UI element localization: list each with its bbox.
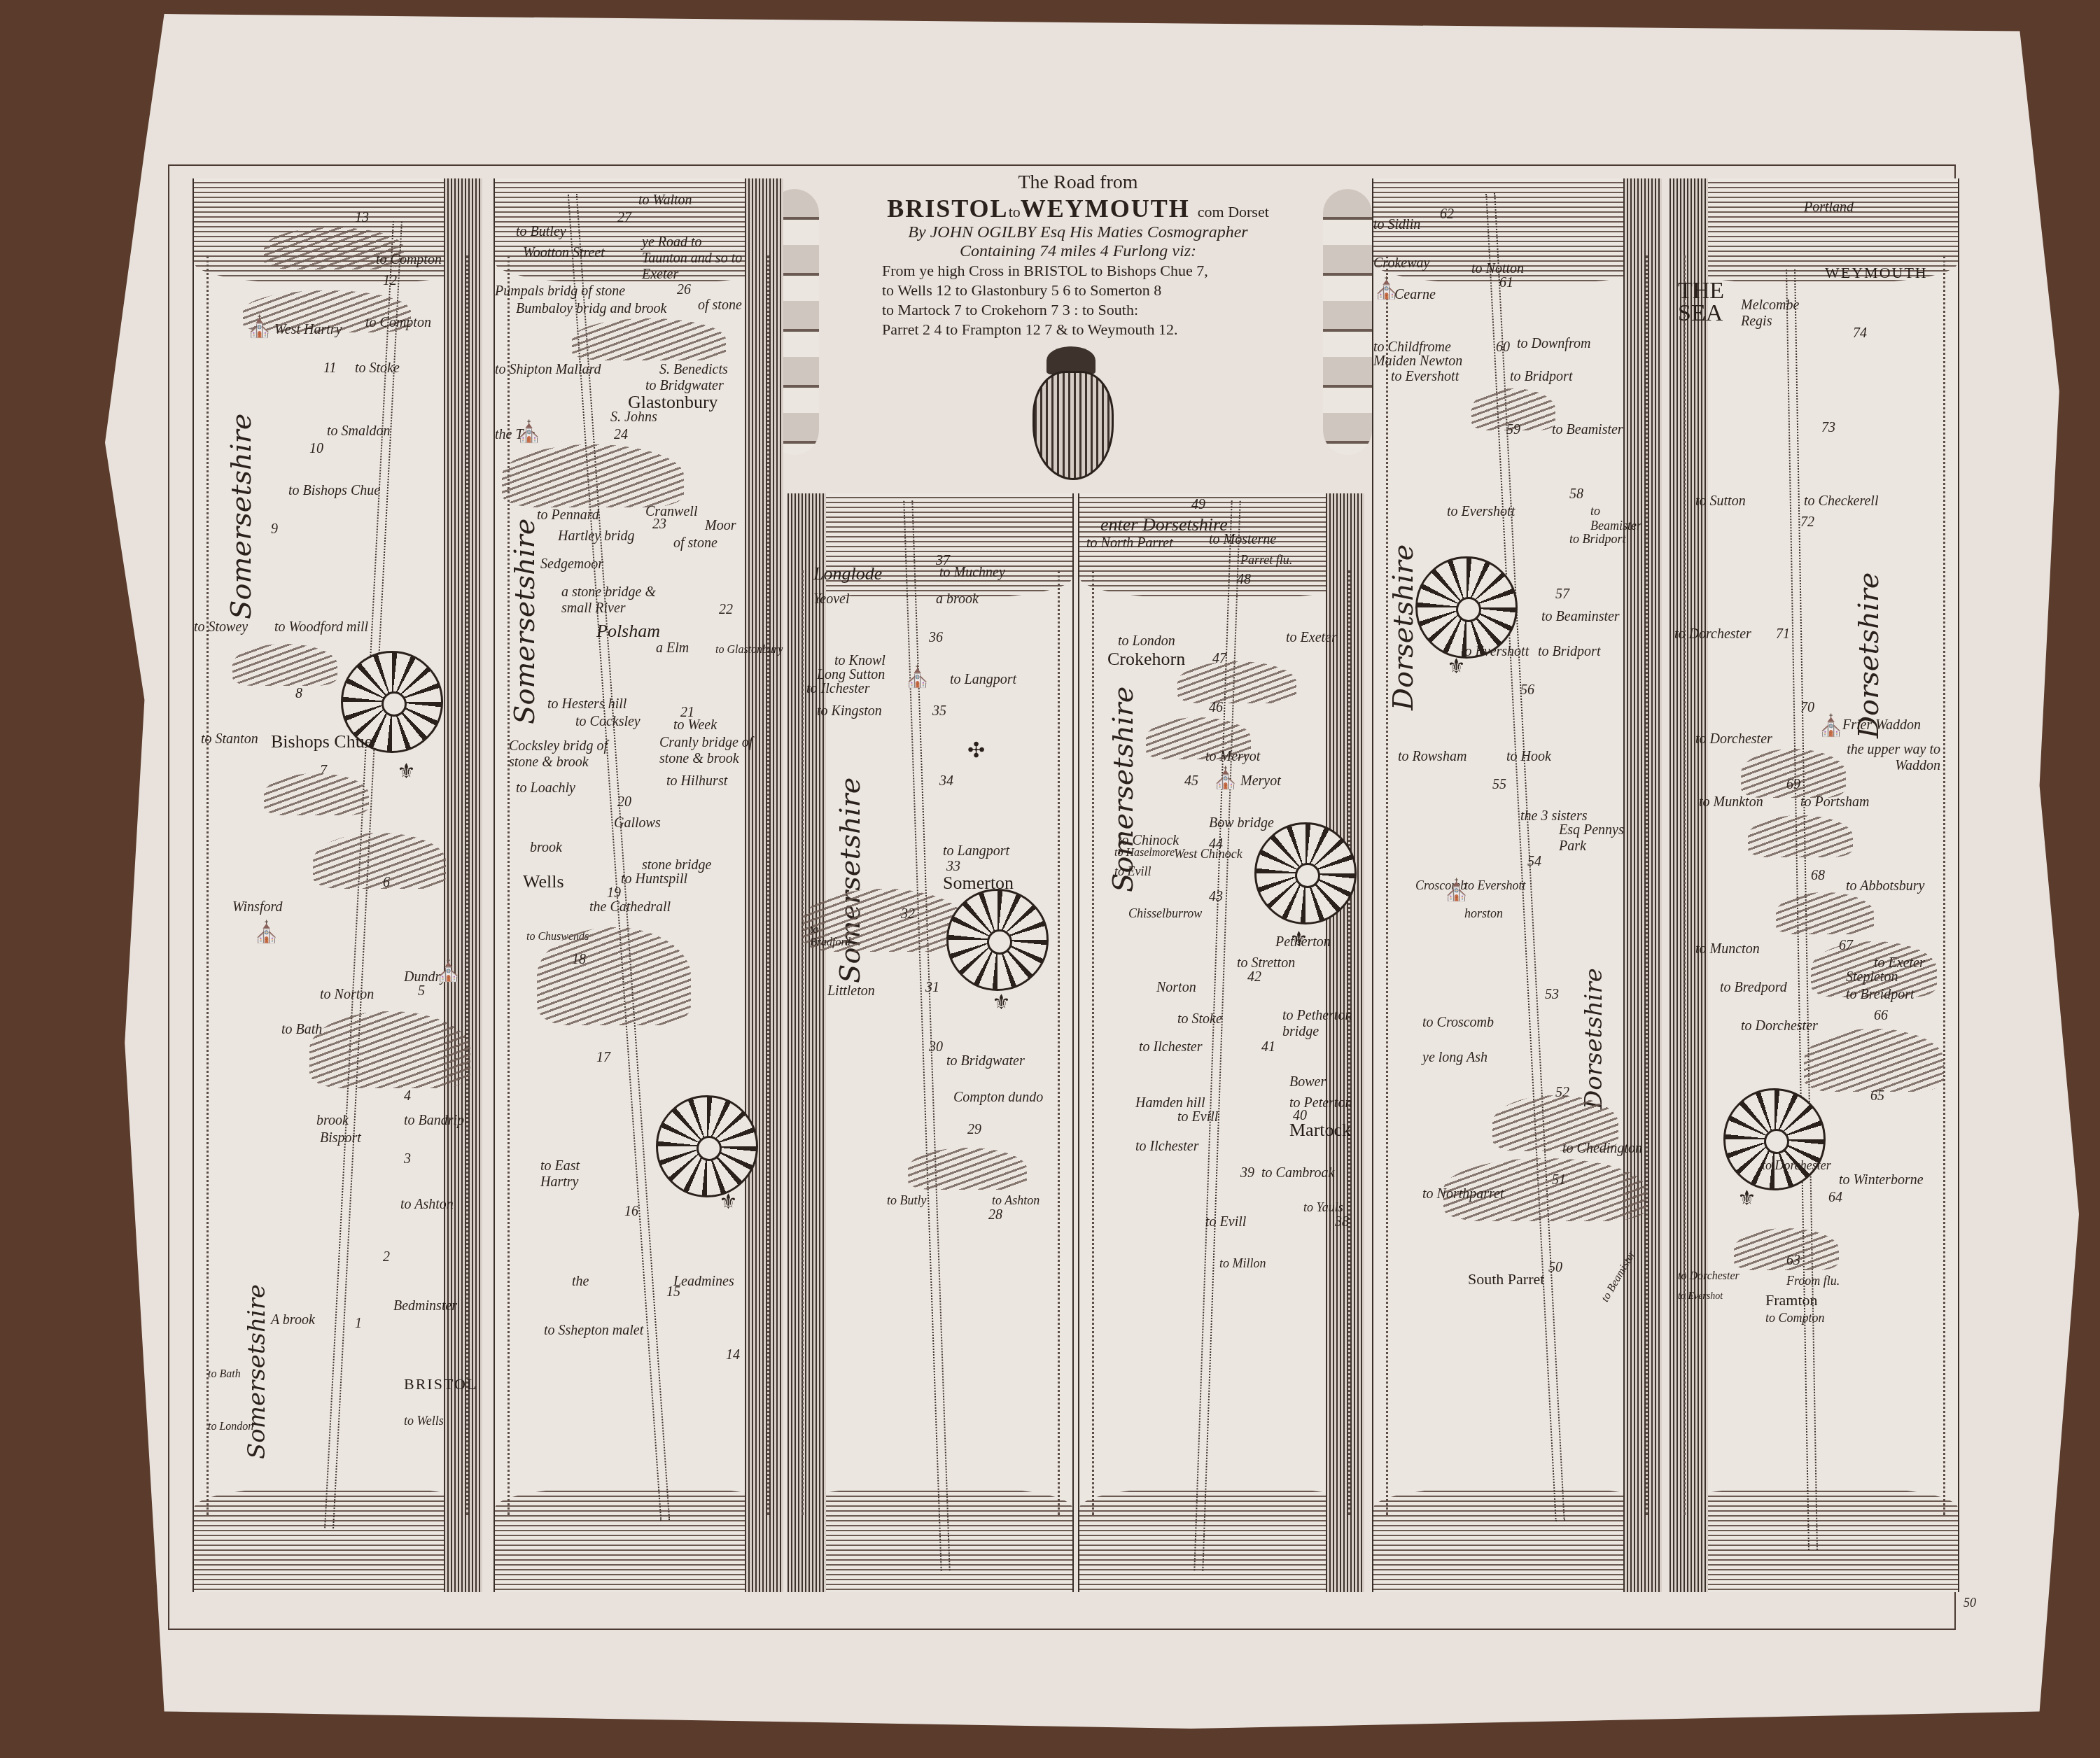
mile-marker: 43	[1209, 889, 1223, 905]
church-icon: ⛪	[435, 959, 461, 983]
road-label: to Evershot	[1678, 1291, 1723, 1302]
road-label: to Cambroak	[1261, 1165, 1334, 1181]
road-label: to Petherton bridge	[1282, 1008, 1366, 1040]
road-label: of stone	[673, 535, 717, 551]
mile-marker: 72	[1800, 514, 1814, 530]
town-label: Crokeway	[1373, 255, 1429, 272]
road-label: A brook	[271, 1312, 315, 1328]
road-label: to Haselmore	[1114, 847, 1175, 859]
mile-marker: 45	[1184, 773, 1198, 789]
sea-label: THE SEA	[1678, 280, 1734, 325]
town-label: Bishops Chue	[271, 731, 372, 752]
county-name: Somersetshire	[834, 778, 867, 983]
road-label: Moor	[705, 518, 736, 534]
road-label: to Langport	[950, 672, 1016, 688]
road-label: to Croscomb	[1422, 1015, 1494, 1031]
mile-marker: 58	[1569, 486, 1583, 502]
compass-rose-icon	[656, 1095, 758, 1197]
town-label: Meryot	[1240, 773, 1281, 789]
mile-marker: 66	[1874, 1008, 1888, 1024]
hill-icon	[502, 444, 684, 507]
mile-marker: 51	[1552, 1172, 1566, 1188]
road-label: to Ilchester	[1139, 1039, 1203, 1055]
mile-marker: 68	[1811, 868, 1825, 884]
landmark-label: Esq Pennys Park	[1559, 822, 1636, 855]
road-label: to Pennard	[537, 507, 599, 523]
mile-marker: 1	[355, 1316, 362, 1332]
road-label: Hartley bridg	[558, 528, 634, 544]
road-label: to Hook	[1506, 749, 1551, 765]
mile-marker: 31	[925, 980, 939, 996]
town-label: Stepleton	[1846, 969, 1898, 985]
town-label: S. Johns	[610, 409, 657, 426]
road-label: to Yauls	[1303, 1200, 1343, 1215]
mile-marker: 14	[726, 1347, 740, 1363]
county-name: Somersetshire	[225, 414, 258, 619]
mile-marker: 74	[1853, 325, 1867, 342]
road-label: to Muchney	[939, 565, 1005, 581]
mile-marker: 55	[1492, 777, 1506, 793]
road-label: Cocksley bridg of stone & brook	[509, 738, 628, 771]
mile-marker: 38	[1335, 1214, 1349, 1230]
mile-marker: 61	[1499, 275, 1513, 291]
town-label: Compton dundo	[953, 1090, 1043, 1106]
road-label: to Notton	[1471, 261, 1524, 277]
road-label: to Stanton	[201, 731, 258, 747]
road-label: to Shipton Mallard	[495, 362, 601, 378]
mile-marker: 15	[666, 1284, 680, 1300]
road-label: to Bath	[208, 1368, 241, 1381]
road-label: a stone bridge & small River	[561, 584, 687, 617]
strip-5: 62 to Sidlin Crokeway to Notton 61 ⛪ Cea…	[1372, 178, 1662, 1592]
road-label: to Bridport	[1538, 644, 1600, 660]
county-name: Dorsetshire	[1387, 544, 1420, 710]
county-name: Dorsetshire	[1580, 968, 1608, 1109]
mile-marker: 56	[1520, 682, 1534, 698]
road-label: to Compton	[365, 315, 431, 331]
town-label: BRISTOL	[404, 1375, 477, 1393]
mile-marker: 27	[617, 210, 631, 226]
town-label: Melcombe Regis	[1741, 297, 1818, 330]
road-label: to Bridport	[1510, 369, 1572, 385]
compass-rose-icon	[1723, 1088, 1826, 1190]
mile-marker: 49	[1191, 497, 1205, 513]
mile-marker: 42	[1247, 969, 1261, 985]
road-label: to Compton	[376, 252, 442, 268]
itinerary-line: From ye high Cross in BRISTOL to Bishops…	[882, 261, 1274, 281]
title-county: com Dorset	[1198, 203, 1269, 220]
mile-marker: 48	[1237, 572, 1251, 588]
title-author: By JOHN OGILBY Esq His Maties Cosmograph…	[882, 223, 1274, 242]
road-label: Parret flu.	[1240, 553, 1292, 568]
hill-icon	[309, 1011, 470, 1088]
mile-marker: 41	[1261, 1039, 1275, 1055]
road-label: to Stowey	[194, 619, 248, 635]
mile-marker: 36	[929, 630, 943, 646]
mile-marker: 50	[1548, 1260, 1562, 1276]
mile-marker: 73	[1821, 420, 1835, 436]
town-label: Crokehorn	[1107, 649, 1185, 670]
road-label: to Breidport	[1846, 987, 1914, 1003]
church-icon: ⛪	[1818, 714, 1844, 738]
mile-marker: 54	[1527, 854, 1541, 870]
road-label: to Portsham	[1800, 794, 1869, 810]
road-label: Bow bridge	[1209, 815, 1274, 831]
road-label: to Sshepton malet	[544, 1323, 643, 1339]
mile-marker: 63	[1786, 1253, 1800, 1269]
road-label: Yeovel	[813, 591, 849, 607]
town-label: Framton	[1765, 1291, 1818, 1309]
road-label: to Bandrip	[404, 1113, 464, 1129]
road-label: to Beamister	[1590, 504, 1653, 533]
road-label: to Bath	[281, 1022, 322, 1038]
mile-marker: 9	[271, 521, 278, 537]
road-label: to Beaminster	[1541, 609, 1620, 625]
hill-icon	[264, 773, 369, 815]
mile-marker: 2	[383, 1249, 390, 1265]
road-label: ye long Ash	[1422, 1050, 1487, 1066]
road-label: to Butley	[516, 224, 566, 240]
mile-marker: 57	[1555, 586, 1569, 603]
mile-marker: 32	[901, 906, 915, 922]
town-label: Winsford	[232, 899, 283, 915]
mile-marker: 5	[418, 983, 425, 999]
mile-marker: 70	[1800, 700, 1814, 716]
church-icon: ⛪	[246, 315, 272, 339]
road-label: Sedgemoor	[540, 556, 603, 572]
road-label: to Smaldon	[327, 423, 391, 439]
mile-marker: 12	[383, 273, 397, 289]
mile-marker: 62	[1440, 206, 1454, 223]
cartouche-scroll-right	[1323, 189, 1372, 455]
hill-icon	[232, 644, 337, 686]
strip-2: to Walton 27 to Butley Wootton Street ye…	[493, 178, 783, 1592]
royal-arms-icon	[1032, 371, 1114, 480]
itinerary-line: Parret 2 4 to Frampton 12 7 & to Weymout…	[882, 320, 1274, 339]
road-label: a brook	[936, 591, 979, 607]
road-label: to Stoke	[1177, 1011, 1222, 1027]
mile-marker: 59	[1506, 422, 1520, 438]
road-label: to Compton	[1765, 1311, 1825, 1325]
mile-marker: 71	[1776, 626, 1790, 642]
road-label: Pumpals bridg of stone	[495, 283, 625, 300]
mile-marker: 3	[404, 1151, 411, 1167]
road-label: Leadmines	[673, 1274, 734, 1290]
road-label: to Evill	[1177, 1109, 1218, 1125]
town-label: Petherton	[1275, 934, 1331, 950]
mile-marker: 22	[719, 602, 733, 618]
road-label: to Ilchester	[1135, 1139, 1199, 1155]
road-label: to Meryot	[1205, 749, 1260, 765]
road-label: to Bridgwater	[946, 1053, 1025, 1069]
crown-icon	[1046, 346, 1095, 374]
compass-rose-icon	[946, 889, 1049, 991]
road-label: to Millon	[1219, 1256, 1266, 1271]
title-itinerary: From ye high Cross in BRISTOL to Bishops…	[882, 261, 1274, 339]
title-text: The Road from BRISTOLtoWEYMOUTH com Dors…	[882, 171, 1274, 339]
road-label: to Chedington	[1562, 1141, 1642, 1157]
road-label: to Hesters hill	[547, 696, 626, 712]
mile-marker: 35	[932, 703, 946, 719]
mile-marker: 69	[1786, 777, 1800, 793]
town-label: South Parret	[1468, 1270, 1544, 1288]
fleur-de-lis-icon: ⚜	[992, 990, 1011, 1015]
road-label: to Bradford	[810, 924, 845, 949]
road-label: to Norton	[320, 987, 374, 1003]
road-label: Bower	[1289, 1074, 1326, 1090]
town-label: Wootton Street	[523, 245, 605, 261]
mile-marker: 18	[572, 952, 586, 968]
mile-marker: 46	[1209, 700, 1223, 716]
plate-number: 50	[1963, 1596, 1976, 1610]
road-label: to Langport	[943, 843, 1009, 859]
church-icon: ⛪	[253, 920, 279, 945]
strip-4: 49 enter Dorsetshire to North Parret to …	[1078, 493, 1364, 1592]
road-label: to Evershott	[1464, 878, 1526, 893]
road-label: to Munkton	[1699, 794, 1763, 810]
mile-marker: 30	[929, 1039, 943, 1055]
road-label: to London	[1118, 633, 1175, 649]
mile-marker: 28	[988, 1207, 1002, 1223]
road-label: to Winterborne	[1839, 1172, 1924, 1188]
road-label: to Stoke	[355, 360, 400, 377]
road-label: the Cathedrall	[589, 899, 671, 915]
town-label: Chisselburrow	[1128, 906, 1202, 921]
strip-3: 37 Longlode to Muchney Yeovel a brook 36…	[787, 493, 1074, 1592]
title-to: to	[1009, 203, 1021, 220]
road-label: to Glastonbury	[715, 644, 783, 656]
hill-icon	[537, 927, 691, 1025]
title-containing: Containing 74 miles 4 Furlong viz:	[882, 242, 1274, 261]
itinerary-line: to Wells 12 to Glastonbury 5 6 to Somert…	[882, 281, 1274, 300]
hill-icon	[1776, 892, 1874, 934]
hill-icon	[908, 1148, 1027, 1190]
mile-marker: 60	[1496, 339, 1510, 356]
hill-icon	[1804, 1029, 1944, 1092]
road-label: brook	[316, 1113, 349, 1129]
road-label: to Evershott	[1391, 369, 1459, 385]
town-label: Portland	[1804, 199, 1854, 216]
road-label: to Dorchester	[1674, 626, 1751, 642]
road-label: to Abbotsbury	[1846, 878, 1924, 894]
hill-icon	[1748, 815, 1853, 857]
road-label: to Kingston	[817, 703, 882, 719]
road-label: to Butly	[887, 1193, 927, 1208]
road-label: horston	[1464, 906, 1503, 921]
road-label: to Rowsham	[1398, 749, 1466, 765]
fleur-de-lis-icon: ⚜	[1737, 1186, 1756, 1211]
town-label: Wells	[523, 871, 564, 892]
road-label: to North Parret	[1086, 535, 1173, 551]
mile-marker: 8	[295, 686, 302, 702]
road-label: to London	[208, 1421, 253, 1433]
mile-marker: 17	[596, 1050, 610, 1066]
road-label: Cranly bridge of stone & brook	[659, 735, 764, 767]
road-label: of stone	[698, 297, 742, 314]
town-label: Norton	[1156, 980, 1196, 996]
road-label: to Northparret	[1422, 1186, 1504, 1202]
mile-marker: 34	[939, 773, 953, 789]
road-label: to Bredpord	[1720, 980, 1787, 996]
mile-marker: 53	[1545, 987, 1559, 1003]
road-label: brook	[530, 840, 562, 856]
mile-marker: 64	[1828, 1190, 1842, 1206]
town-label: Littleton	[827, 983, 875, 999]
road-label: to Evershott	[1461, 644, 1529, 660]
county-name: Dorsetshire	[1853, 572, 1885, 738]
title-line1: The Road from	[882, 171, 1274, 194]
mile-marker: 11	[323, 360, 337, 377]
road-label: to Sutton	[1695, 493, 1746, 509]
mile-marker: 20	[617, 794, 631, 810]
town-label: Longlode	[813, 563, 882, 584]
hill-icon	[1177, 661, 1296, 703]
mile-marker: 13	[355, 210, 369, 226]
road-label: to Bridport	[1569, 532, 1626, 547]
town-label: Polsham	[596, 621, 660, 642]
county-name: Somersetshire	[509, 519, 541, 724]
title-origin: BRISTOL	[887, 195, 1008, 223]
mile-marker: 29	[967, 1122, 981, 1138]
road-label: to Ilchester	[806, 681, 870, 697]
road-label: to Evill	[1205, 1214, 1246, 1230]
strip-6: Portland WEYMOUTH THE SEA Melcombe Regis…	[1669, 178, 1959, 1592]
road-label: to Stretton	[1237, 955, 1295, 971]
title-route: BRISTOLtoWEYMOUTH com Dorset	[882, 194, 1274, 223]
town-label: West Chinock	[1174, 847, 1242, 862]
county-name: Somersetshire	[1107, 687, 1140, 892]
road-label: S. Benedicts	[659, 362, 728, 378]
town-label: Martock	[1289, 1120, 1351, 1141]
town-label: WEYMOUTH	[1825, 264, 1928, 282]
road-label: to Muncton	[1695, 941, 1760, 957]
town-label: Cearne	[1394, 287, 1436, 303]
road-label: Gallows	[614, 815, 661, 831]
town-label: Frier Waddon	[1842, 717, 1921, 733]
church-icon: ⛪	[1212, 766, 1238, 791]
road-label: a Elm	[656, 640, 689, 656]
road-label: to Ashton	[992, 1193, 1039, 1208]
title-destination: WEYMOUTH	[1021, 195, 1190, 223]
road-label: to Dorchester	[1741, 1018, 1818, 1034]
fleur-de-lis-icon: ⚜	[719, 1190, 738, 1214]
church-icon: ⛪	[904, 665, 930, 689]
road-label: to Mosterne	[1209, 532, 1276, 548]
road-label: to Bishops Chue	[288, 483, 380, 499]
hill-icon	[313, 833, 446, 889]
road-label: to Woodford mill	[274, 619, 368, 635]
road-label: the	[572, 1274, 589, 1290]
road-label: to Ashton	[400, 1197, 454, 1213]
road-label: to Checkerell	[1804, 493, 1878, 509]
road-label: to Huntspill	[621, 871, 687, 887]
mile-marker: 4	[404, 1088, 411, 1104]
road-label: to Dorchester	[1762, 1158, 1831, 1173]
mile-marker: 23	[652, 516, 666, 533]
town-label: West Hartry	[274, 322, 342, 338]
town-label: Maiden Newton	[1373, 353, 1462, 370]
road-label: to Walton	[638, 192, 692, 209]
road-label: to Hilhurst	[666, 773, 727, 789]
road-label: to Cocksley	[575, 714, 640, 730]
road-label: to Beamister	[1552, 422, 1623, 438]
town-label: Bedminster	[393, 1298, 457, 1314]
mile-marker: 65	[1870, 1088, 1884, 1104]
road-label: to Exeter	[1286, 630, 1337, 646]
strip-1: 13 12 to Compton ⛪ West Hartry to Compto…	[192, 178, 482, 1592]
road-label: to Dorchester	[1695, 731, 1772, 747]
road-label: Bumbaloy bridg and brook	[516, 301, 666, 317]
road-label: to Week	[673, 717, 717, 733]
road-label: to Downfrom	[1517, 336, 1590, 352]
mile-marker: 10	[309, 441, 323, 457]
road-label: to Loachly	[516, 780, 575, 796]
mile-marker: 39	[1240, 1165, 1254, 1181]
mile-marker: 24	[614, 427, 628, 443]
road-label: to Evill	[1114, 864, 1151, 879]
windmill-icon: ✣	[967, 738, 985, 763]
road-label: to Sidlin	[1373, 217, 1420, 233]
town-label: Bisport	[320, 1130, 361, 1146]
hill-icon	[572, 318, 726, 360]
itinerary-line: to Martock 7 to Crokehorn 7 3 : to South…	[882, 300, 1274, 320]
road-label: ye Road to Taunton and so to Exeter	[642, 234, 747, 283]
mile-marker: 26	[677, 282, 691, 298]
mile-marker: 67	[1839, 938, 1853, 954]
road-label: to Evershott	[1447, 504, 1515, 520]
river-label: Froom flu.	[1786, 1274, 1840, 1288]
road-label: to East Hartry	[540, 1158, 589, 1190]
compass-rose-icon	[1254, 822, 1357, 924]
road-label: to Wells	[404, 1414, 444, 1428]
mile-marker: 6	[383, 875, 390, 891]
mile-marker: 16	[624, 1204, 638, 1220]
fleur-de-lis-icon: ⚜	[397, 759, 416, 784]
road-label: to Dorchester	[1678, 1270, 1739, 1283]
church-icon: ⛪	[516, 420, 542, 444]
title-cartouche: The Road from BRISTOLtoWEYMOUTH com Dors…	[784, 161, 1358, 511]
